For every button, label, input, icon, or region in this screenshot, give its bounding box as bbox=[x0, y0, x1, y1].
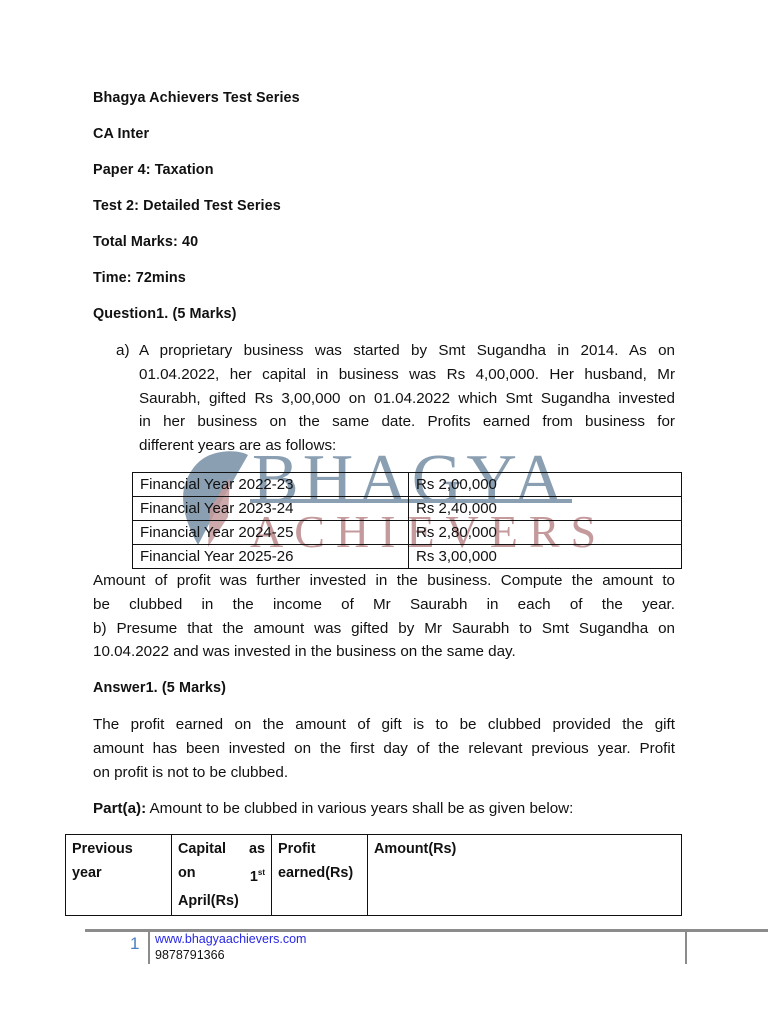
table-row: Financial Year 2025-26Rs 3,00,000 bbox=[133, 545, 682, 569]
series-title: Bhagya Achievers Test Series bbox=[93, 90, 300, 106]
financial-year-cell: Financial Year 2022-23 bbox=[133, 473, 409, 497]
col-amount: Amount(Rs) bbox=[368, 835, 682, 916]
test-title: Test 2: Detailed Test Series bbox=[93, 198, 281, 214]
profit-cell: Rs 2,00,000 bbox=[409, 473, 682, 497]
time-allowed: Time: 72mins bbox=[93, 270, 186, 286]
financial-year-cell: Financial Year 2024-25 bbox=[133, 521, 409, 545]
question-line: A proprietary business was started by Sm… bbox=[139, 339, 675, 363]
question-text: A proprietary business was started by Sm… bbox=[139, 339, 675, 458]
answer-line: amount has been invested on the first da… bbox=[93, 737, 675, 761]
followup-line: Amount of profit was further invested in… bbox=[93, 569, 675, 593]
answer-title: Answer1. (5 Marks) bbox=[93, 680, 226, 696]
answer-line: on profit is not to be clubbed. bbox=[93, 761, 675, 785]
followup-line: b) Presume that the amount was gifted by… bbox=[93, 617, 675, 641]
part-a-label: Part(a): bbox=[93, 800, 146, 817]
table-row: Financial Year 2023-24Rs 2,40,000 bbox=[133, 497, 682, 521]
table-header-row: Previous year Capital as on1st April(Rs)… bbox=[66, 835, 682, 916]
website-link[interactable]: www.bhagyaachievers.com bbox=[155, 932, 306, 946]
answer-line: The profit earned on the amount of gift … bbox=[93, 713, 675, 737]
clubbing-table: Previous year Capital as on1st April(Rs)… bbox=[65, 834, 682, 916]
phone-number: 9878791366 bbox=[155, 948, 225, 962]
col-previous-year: Previous year bbox=[66, 835, 172, 916]
financial-year-cell: Financial Year 2023-24 bbox=[133, 497, 409, 521]
question-line: in her business on the same date. Profit… bbox=[139, 410, 675, 434]
profits-table: Financial Year 2022-23Rs 2,00,000Financi… bbox=[132, 472, 682, 569]
financial-year-cell: Financial Year 2025-26 bbox=[133, 545, 409, 569]
total-marks: Total Marks: 40 bbox=[93, 234, 198, 250]
part-a-intro: Part(a): Amount to be clubbed in various… bbox=[93, 797, 693, 821]
answer-text: The profit earned on the amount of gift … bbox=[93, 713, 675, 784]
page-number: 1 bbox=[130, 934, 139, 954]
question-part-marker: a) bbox=[116, 342, 130, 359]
col-capital: Capital as on1st April(Rs) bbox=[172, 835, 272, 916]
footer-divider bbox=[148, 931, 150, 964]
footer-divider bbox=[685, 931, 687, 964]
followup-line: 10.04.2022 and was invested in the busin… bbox=[93, 640, 675, 664]
level-title: CA Inter bbox=[93, 126, 149, 142]
table-row: Financial Year 2024-25Rs 2,80,000 bbox=[133, 521, 682, 545]
table-row: Financial Year 2022-23Rs 2,00,000 bbox=[133, 473, 682, 497]
document-page: Bhagya Achievers Test Series CA Inter Pa… bbox=[0, 0, 768, 1024]
question-line: 01.04.2022, her capital in business was … bbox=[139, 363, 675, 387]
paper-title: Paper 4: Taxation bbox=[93, 162, 214, 178]
profit-cell: Rs 2,80,000 bbox=[409, 521, 682, 545]
followup-line: be clubbed in the income of Mr Saurabh i… bbox=[93, 593, 675, 617]
question-followup: Amount of profit was further invested in… bbox=[93, 569, 675, 664]
part-a-text: Amount to be clubbed in various years sh… bbox=[146, 800, 573, 817]
question-line: Saurabh, gifted Rs 3,00,000 on 01.04.202… bbox=[139, 387, 675, 411]
col-profit-earned: Profit earned(Rs) bbox=[272, 835, 368, 916]
question-title: Question1. (5 Marks) bbox=[93, 306, 237, 322]
profit-cell: Rs 2,40,000 bbox=[409, 497, 682, 521]
question-line: different years are as follows: bbox=[139, 434, 675, 458]
profit-cell: Rs 3,00,000 bbox=[409, 545, 682, 569]
